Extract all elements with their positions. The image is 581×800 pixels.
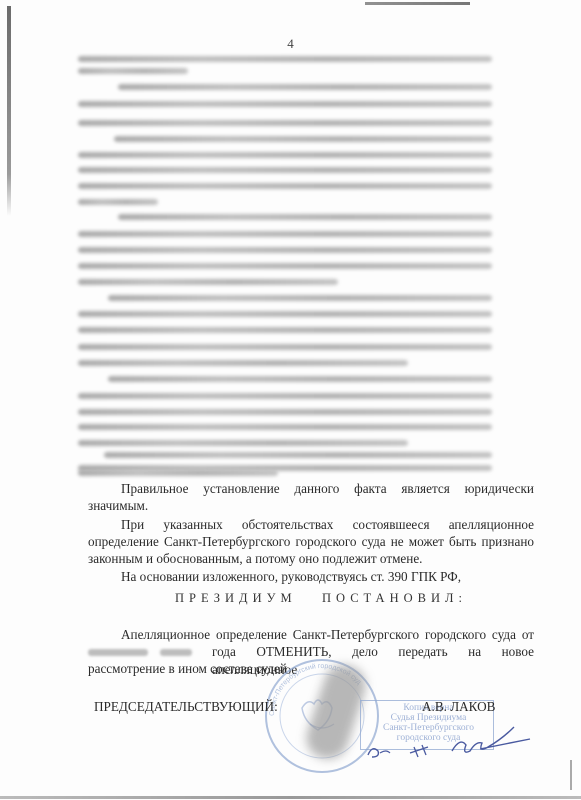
paragraph-line: На основании изложенного, руководствуясь… — [88, 568, 534, 586]
paragraph-line: Правильное установление данного факта яв… — [88, 480, 534, 498]
presiding-judge-name: А.В. ЛАКОВ — [422, 699, 495, 715]
handwritten-signature-icon — [340, 715, 540, 765]
redacted-line — [78, 199, 158, 205]
redacted-line — [78, 152, 492, 158]
redacted-line — [78, 167, 492, 173]
redacted-line — [78, 56, 492, 62]
redacted-line — [78, 393, 492, 399]
redacted-line — [78, 360, 408, 366]
redacted-line — [78, 327, 492, 333]
redacted-date — [88, 649, 148, 656]
paragraph-line: значимым. — [88, 497, 534, 515]
paragraph-fact-significance: Правильное установление данного факта яв… — [88, 480, 534, 498]
heading-presidium: ПРЕЗИДИУМ — [175, 591, 297, 606]
paragraph-line: При указанных обстоятельствах состоявшее… — [88, 516, 534, 534]
redacted-line — [118, 84, 492, 90]
scan-edge-top — [365, 2, 470, 5]
redacted-line — [78, 311, 492, 317]
redacted-line — [114, 136, 492, 142]
redacted-text-block — [78, 56, 492, 476]
redacted-line — [78, 424, 492, 430]
paragraph-circumstances: При указанных обстоятельствах состоявшее… — [88, 516, 534, 534]
redacted-line — [78, 344, 492, 350]
page-number: 4 — [0, 36, 581, 52]
redacted-line — [78, 409, 492, 415]
scan-edge-right — [570, 760, 572, 790]
redacted-line — [78, 263, 492, 269]
paragraph-circumstances-2: определение Санкт-Петербургского городск… — [88, 533, 534, 551]
paragraph-line: законным и обоснованным, а потому оно по… — [88, 550, 534, 568]
redacted-line — [108, 376, 492, 382]
redacted-line — [78, 101, 492, 107]
redacted-line — [78, 470, 278, 476]
paragraph-legal-basis: На основании изложенного, руководствуясь… — [88, 568, 534, 586]
redacted-line — [78, 231, 492, 237]
redacted-line — [78, 120, 492, 126]
paragraph-circumstances-3: законным и обоснованным, а потому оно по… — [88, 550, 534, 568]
ruling-text: Апелляционное определение Санкт-Петербур… — [88, 626, 534, 644]
presiding-judge-label: ПРЕДСЕДАТЕЛЬСТВУЮЩИЙ: — [94, 699, 278, 715]
paragraph-fact-significance-end: значимым. — [88, 497, 534, 515]
redacted-line — [108, 295, 492, 301]
redacted-year — [160, 649, 192, 656]
redacted-line — [78, 183, 492, 189]
redacted-line — [78, 247, 492, 253]
scan-edge-bottom — [0, 796, 581, 799]
redacted-line — [118, 214, 492, 220]
redacted-line — [78, 68, 188, 74]
redacted-line — [78, 279, 338, 285]
redacted-line — [104, 452, 492, 458]
paragraph-line: определение Санкт-Петербургского городск… — [88, 533, 534, 551]
ruling-line-1: Апелляционное определение Санкт-Петербур… — [88, 626, 534, 644]
heading-resolved: ПОСТАНОВИЛ: — [322, 591, 467, 606]
redacted-line — [78, 440, 408, 446]
